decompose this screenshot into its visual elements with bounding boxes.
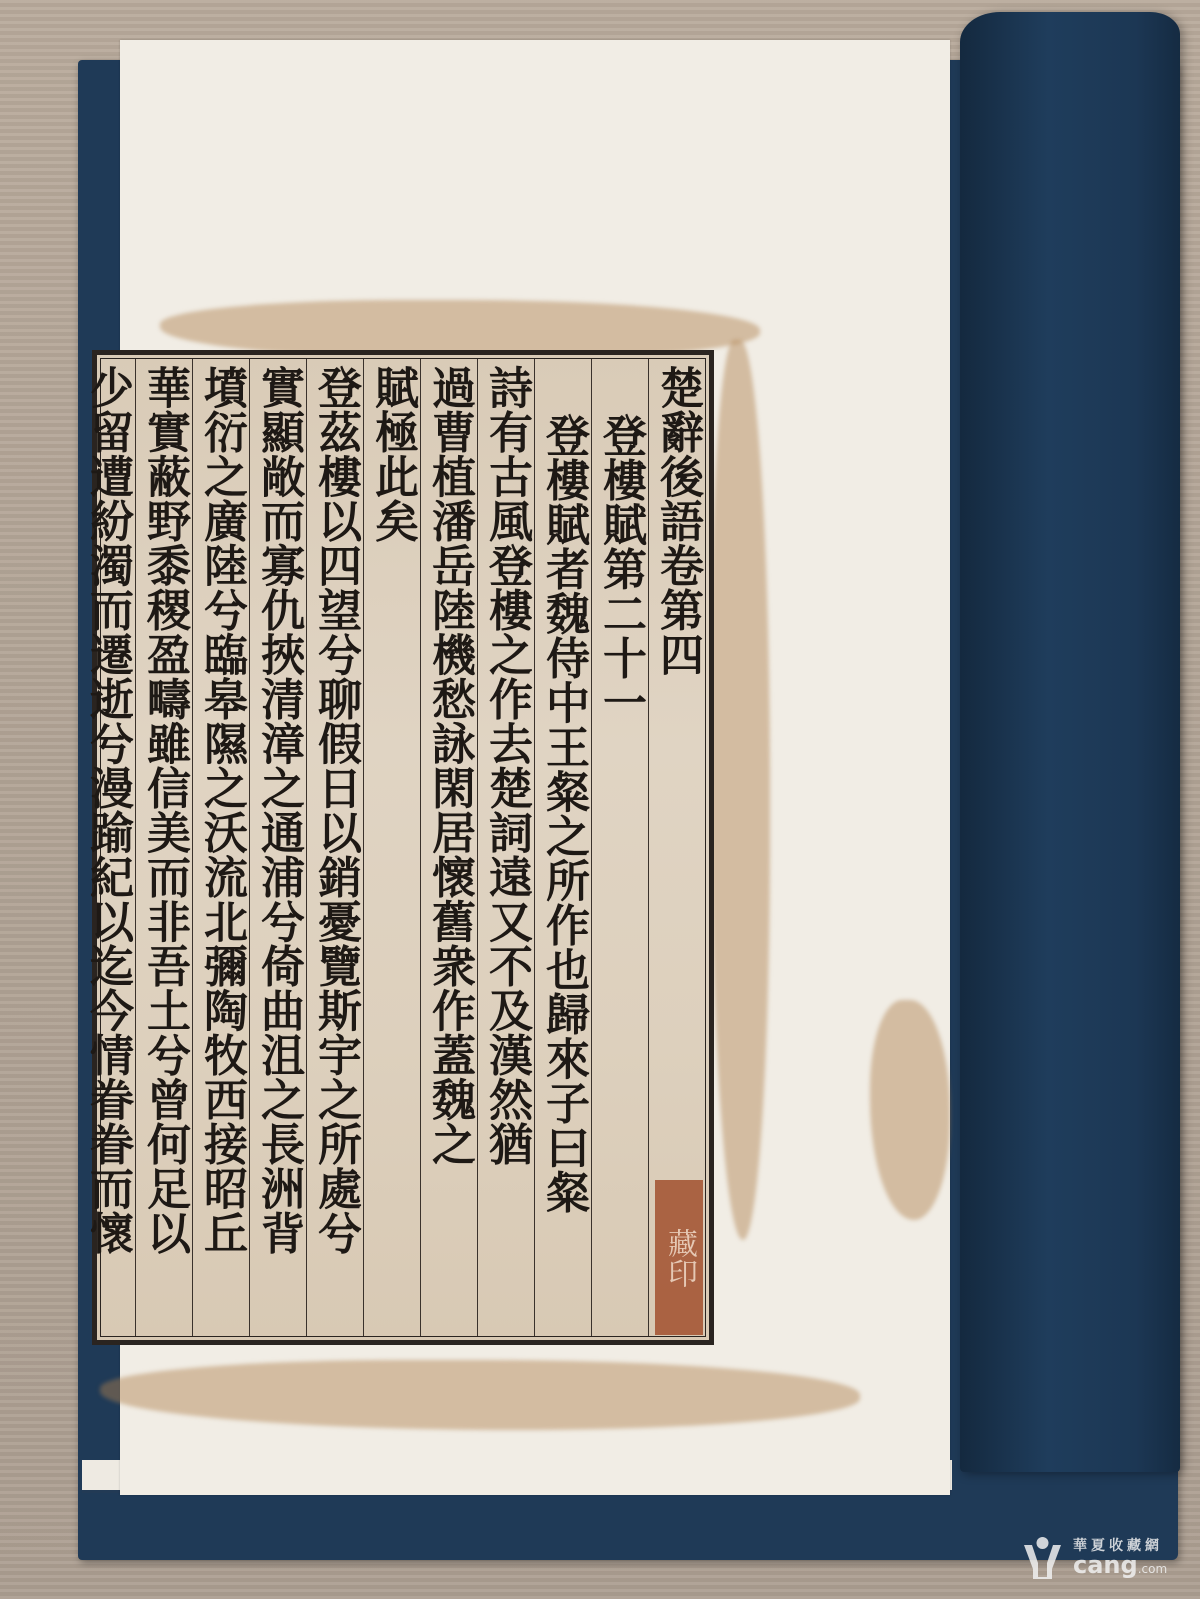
preface-line: 詩有古風登樓之作去楚詞遠又不及漢然猶 xyxy=(478,365,534,1166)
text-column: 墳衍之廣陸兮臨皋隰之沃流北彌陶牧西接昭丘 xyxy=(192,359,249,1336)
foxing-stain xyxy=(710,340,770,1240)
poem-line: 少留遭紛濁而遷逝兮漫踰紀以迄今情眷眷而懷 xyxy=(79,365,135,1255)
chapter-heading: 登樓賦第二十一 xyxy=(592,365,648,725)
watermark: 華夏收藏網 cang.com xyxy=(1020,1530,1195,1585)
foxing-stain xyxy=(100,1360,860,1430)
text-column: 登樓賦第二十一 xyxy=(591,359,648,1336)
text-column: 過曹植潘岳陸機愁詠閑居懷舊衆作蓋魏之 xyxy=(420,359,477,1336)
collector-seal: 藏印 xyxy=(655,1180,703,1335)
text-column: 實顯敞而寡仇挾清漳之通浦兮倚曲沮之長洲背 xyxy=(249,359,306,1336)
cang-logo-icon xyxy=(1020,1535,1065,1580)
watermark-domain: cang.com xyxy=(1073,1553,1167,1577)
text-column: 賦極此矣 xyxy=(363,359,420,1336)
poem-line: 實顯敞而寡仇挾清漳之通浦兮倚曲沮之長洲背 xyxy=(250,365,306,1255)
text-column: 登茲樓以四望兮聊假日以銷憂覽斯宇之所處兮 xyxy=(306,359,363,1336)
book-blue-cover-flap xyxy=(960,12,1180,1472)
watermark-tld: .com xyxy=(1138,1562,1167,1576)
watermark-domain-name: cang xyxy=(1073,1551,1138,1579)
poem-line: 墳衍之廣陸兮臨皋隰之沃流北彌陶牧西接昭丘 xyxy=(193,365,249,1255)
book-title: 楚辭後語卷第四 xyxy=(649,365,705,677)
text-column: 少留遭紛濁而遷逝兮漫踰紀以迄今情眷眷而懷 xyxy=(79,359,135,1336)
preface-line: 賦極此矣 xyxy=(364,365,420,543)
preface-line: 登樓賦者魏侍中王粲之所作也歸來子曰粲 xyxy=(535,365,591,1214)
printed-text-block: 楚辭後語卷第四 登樓賦第二十一 登樓賦者魏侍中王粲之所作也歸來子曰粲 詩有古風登… xyxy=(92,350,714,1345)
foxing-stain xyxy=(870,1000,950,1220)
text-column: 登樓賦者魏侍中王粲之所作也歸來子曰粲 xyxy=(534,359,591,1336)
poem-line: 登茲樓以四望兮聊假日以銷憂覽斯宇之所處兮 xyxy=(307,365,363,1255)
poem-line: 華實蔽野黍稷盈疇雖信美而非吾土兮曾何足以 xyxy=(136,365,192,1255)
text-column: 華實蔽野黍稷盈疇雖信美而非吾土兮曾何足以 xyxy=(135,359,192,1336)
seal-glyphs: 藏印 xyxy=(657,1228,701,1288)
text-column: 詩有古風登樓之作去楚詞遠又不及漢然猶 xyxy=(477,359,534,1336)
preface-line: 過曹植潘岳陸機愁詠閑居懷舊衆作蓋魏之 xyxy=(421,365,477,1166)
